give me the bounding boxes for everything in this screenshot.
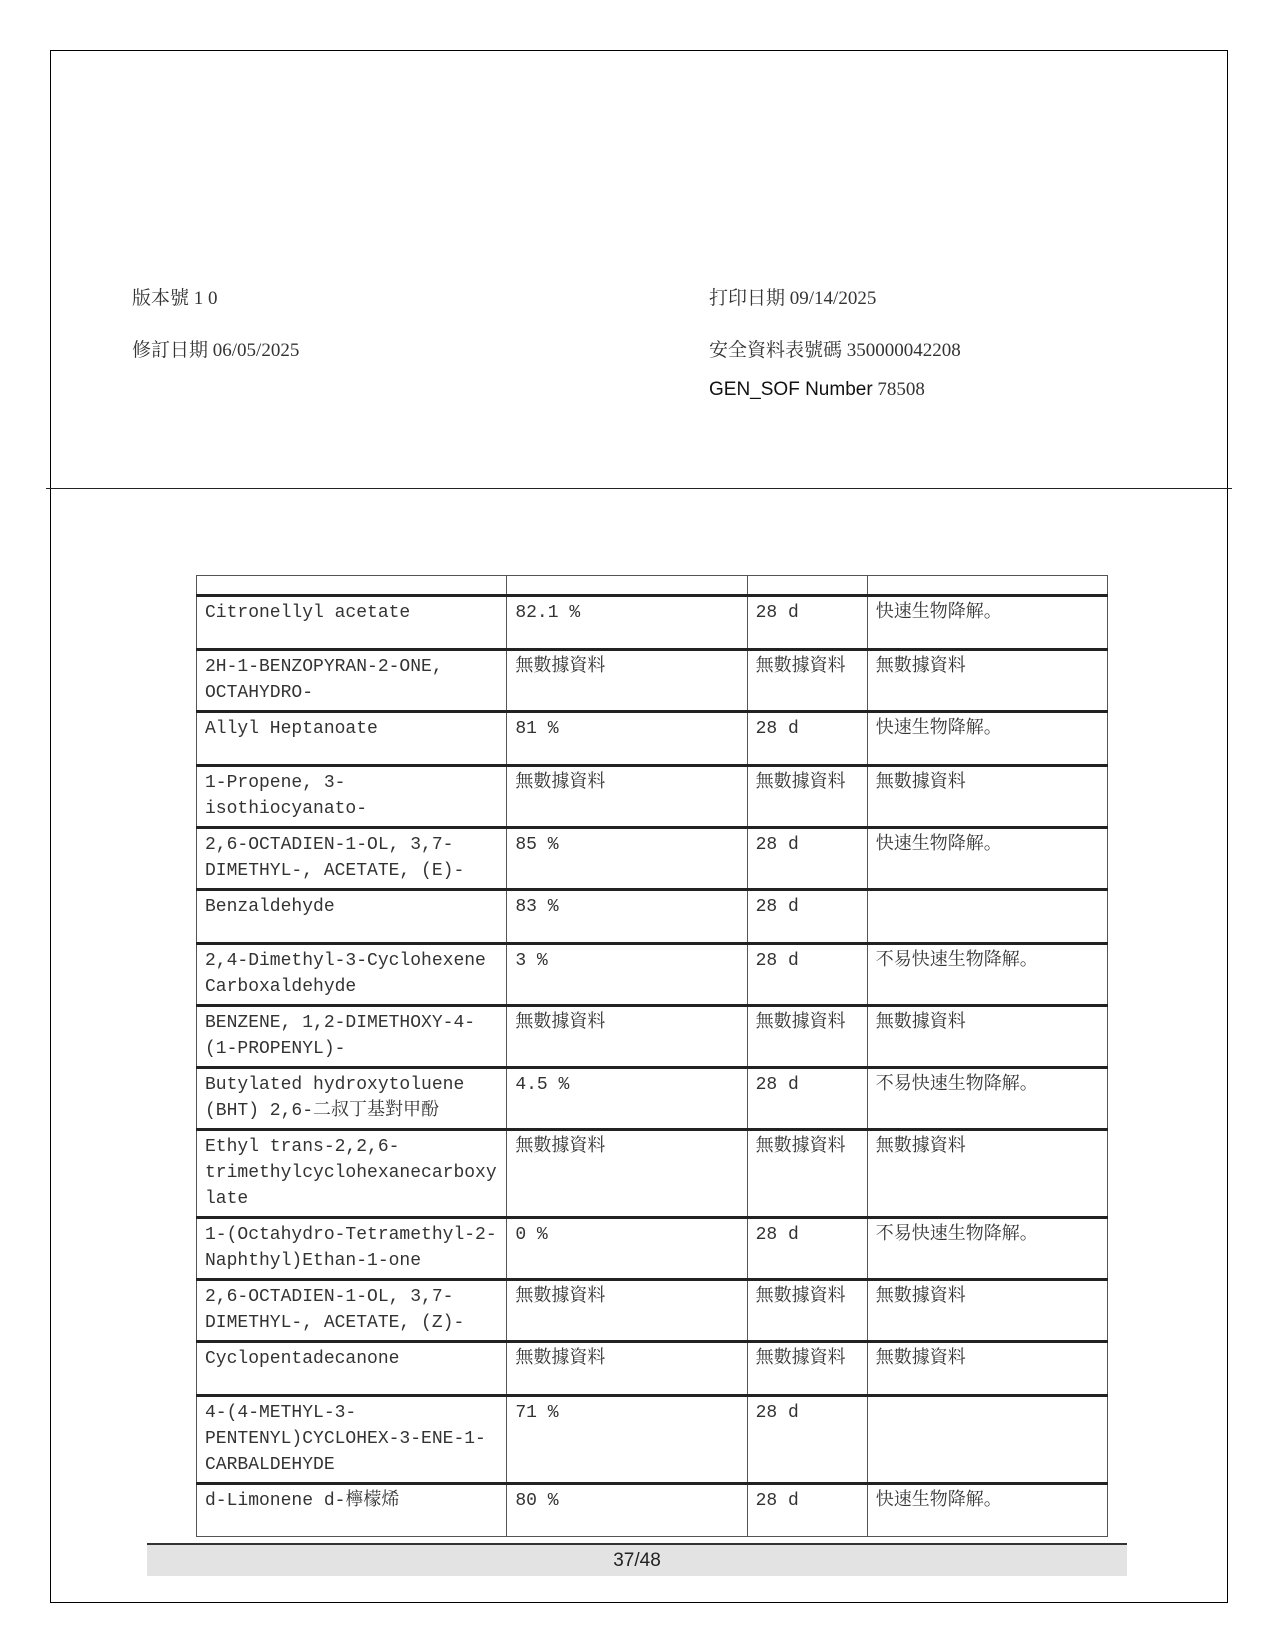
gen-sof-label: GEN_SOF Number [709,379,873,400]
table-row: Butylated hydroxytoluene (BHT) 2,6-二叔丁基對… [197,1068,1108,1130]
page-footer: 37/48 [147,1543,1127,1576]
sds-label: 安全資料表號碼 [709,340,842,361]
cell-conclusion: 無數據資料 [867,1130,1107,1218]
cell-conclusion: 不易快速生物降解。 [867,944,1107,1006]
print-date: 打印日期 09/14/2025 [709,283,876,310]
version-value: 1 0 [194,288,218,309]
cell-duration: 28 d [747,1396,867,1484]
cell-conclusion: 無數據資料 [867,1280,1107,1342]
cell-conclusion: 無數據資料 [867,650,1107,712]
table-row: 2,4-Dimethyl-3-Cyclohexene Carboxaldehyd… [197,944,1108,1006]
header-cell [507,576,747,596]
page-indicator: 37/48 [147,1545,1127,1576]
cell-duration: 28 d [747,890,867,944]
cell-substance: d-Limonene d-檸檬烯 [197,1484,507,1537]
version-label: 版本號 [132,288,189,309]
print-value: 09/14/2025 [790,288,877,309]
gen-sof-number: GEN_SOF Number 78508 [709,379,925,401]
table-row: d-Limonene d-檸檬烯80 %28 d快速生物降解。 [197,1484,1108,1537]
cell-conclusion: 快速生物降解。 [867,828,1107,890]
cell-result: 83 % [507,890,747,944]
cell-result: 71 % [507,1396,747,1484]
cell-conclusion: 不易快速生物降解。 [867,1218,1107,1280]
table-row: 2,6-OCTADIEN-1-OL, 3,7-DIMETHYL-, ACETAT… [197,1280,1108,1342]
cell-duration: 28 d [747,596,867,650]
cell-result: 0 % [507,1218,747,1280]
cell-result: 3 % [507,944,747,1006]
cell-duration: 無數據資料 [747,1006,867,1068]
table-row: 1-Propene, 3-isothiocyanato-無數據資料無數據資料無數… [197,766,1108,828]
print-label: 打印日期 [709,288,785,309]
header-cell [197,576,507,596]
cell-duration: 無數據資料 [747,650,867,712]
cell-substance: 4-(4-METHYL-3-PENTENYL)CYCLOHEX-3-ENE-1-… [197,1396,507,1484]
sds-value: 350000042208 [847,340,961,361]
table-row: Citronellyl acetate82.1 %28 d快速生物降解。 [197,596,1108,650]
table-row: 4-(4-METHYL-3-PENTENYL)CYCLOHEX-3-ENE-1-… [197,1396,1108,1484]
cell-duration: 無數據資料 [747,766,867,828]
cell-result: 無數據資料 [507,1006,747,1068]
cell-conclusion [867,890,1107,944]
cell-conclusion: 無數據資料 [867,766,1107,828]
revision-date: 修訂日期 06/05/2025 [132,335,299,362]
cell-substance: 1-(Octahydro-Tetramethyl-2-Naphthyl)Etha… [197,1218,507,1280]
cell-substance: 2,6-OCTADIEN-1-OL, 3,7-DIMETHYL-, ACETAT… [197,828,507,890]
cell-conclusion: 無數據資料 [867,1342,1107,1396]
cell-substance: 2,4-Dimethyl-3-Cyclohexene Carboxaldehyd… [197,944,507,1006]
cell-conclusion: 不易快速生物降解。 [867,1068,1107,1130]
cell-substance: Citronellyl acetate [197,596,507,650]
biodegradability-table: Citronellyl acetate82.1 %28 d快速生物降解。2H-1… [196,575,1108,1537]
cell-substance: Allyl Heptanoate [197,712,507,766]
cell-result: 無數據資料 [507,766,747,828]
cell-conclusion: 無數據資料 [867,1006,1107,1068]
header-cell [747,576,867,596]
header-cell [867,576,1107,596]
cell-result: 無數據資料 [507,650,747,712]
cell-duration: 28 d [747,944,867,1006]
table-row: 2H-1-BENZOPYRAN-2-ONE, OCTAHYDRO-無數據資料無數… [197,650,1108,712]
cell-duration: 28 d [747,828,867,890]
cell-substance: Ethyl trans-2,2,6-trimethylcyclohexaneca… [197,1130,507,1218]
cell-result: 無數據資料 [507,1130,747,1218]
cell-result: 82.1 % [507,596,747,650]
revision-value: 06/05/2025 [213,340,300,361]
cell-conclusion: 快速生物降解。 [867,1484,1107,1537]
cell-substance: 1-Propene, 3-isothiocyanato- [197,766,507,828]
cell-result: 4.5 % [507,1068,747,1130]
cell-conclusion: 快速生物降解。 [867,596,1107,650]
cell-duration: 28 d [747,1218,867,1280]
cell-substance: Butylated hydroxytoluene (BHT) 2,6-二叔丁基對… [197,1068,507,1130]
cell-duration: 無數據資料 [747,1130,867,1218]
cell-result: 80 % [507,1484,747,1537]
cell-duration: 28 d [747,1484,867,1537]
table-row: Cyclopentadecanone無數據資料無數據資料無數據資料 [197,1342,1108,1396]
gen-sof-value: 78508 [877,379,925,400]
cell-conclusion: 快速生物降解。 [867,712,1107,766]
table-row: 2,6-OCTADIEN-1-OL, 3,7-DIMETHYL-, ACETAT… [197,828,1108,890]
cell-duration: 無數據資料 [747,1342,867,1396]
sds-number: 安全資料表號碼 350000042208 [709,335,961,362]
table-row: BENZENE, 1,2-DIMETHOXY-4-(1-PROPENYL)-無數… [197,1006,1108,1068]
cell-duration: 28 d [747,1068,867,1130]
cell-substance: 2,6-OCTADIEN-1-OL, 3,7-DIMETHYL-, ACETAT… [197,1280,507,1342]
table-row: Ethyl trans-2,2,6-trimethylcyclohexaneca… [197,1130,1108,1218]
table-row: 1-(Octahydro-Tetramethyl-2-Naphthyl)Etha… [197,1218,1108,1280]
cell-substance: BENZENE, 1,2-DIMETHOXY-4-(1-PROPENYL)- [197,1006,507,1068]
cell-result: 85 % [507,828,747,890]
cell-substance: Cyclopentadecanone [197,1342,507,1396]
cell-duration: 無數據資料 [747,1280,867,1342]
cell-conclusion [867,1396,1107,1484]
cell-substance: Benzaldehyde [197,890,507,944]
table-row: Allyl Heptanoate81 %28 d快速生物降解。 [197,712,1108,766]
table-row: Benzaldehyde83 %28 d [197,890,1108,944]
cell-duration: 28 d [747,712,867,766]
table-header-row [197,576,1108,596]
cell-result: 無數據資料 [507,1280,747,1342]
cell-substance: 2H-1-BENZOPYRAN-2-ONE, OCTAHYDRO- [197,650,507,712]
version-number: 版本號 1 0 [132,283,218,310]
cell-result: 無數據資料 [507,1342,747,1396]
header-divider [46,488,1232,489]
cell-result: 81 % [507,712,747,766]
revision-label: 修訂日期 [132,340,208,361]
